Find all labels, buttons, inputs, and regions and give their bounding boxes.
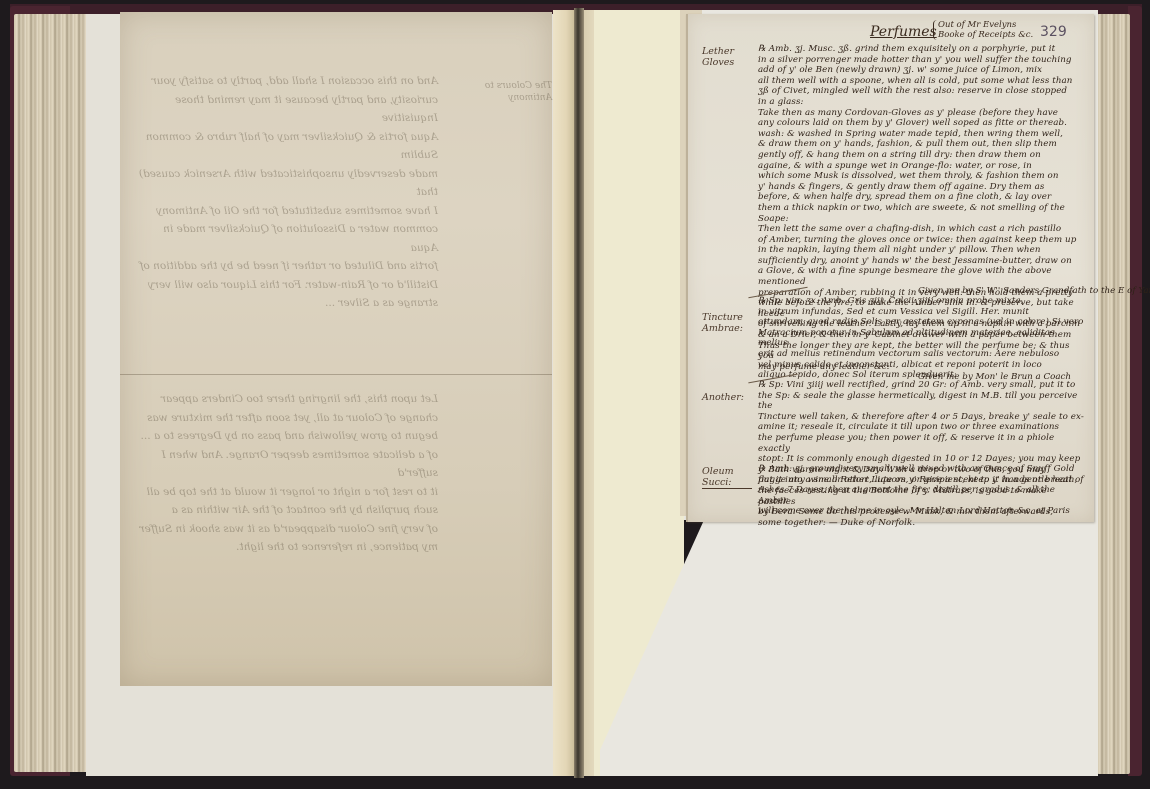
source-note: Out of Mr Evelyns Booke of Receipts &c. (933, 20, 1033, 40)
bleed-through-margin-note: The Colours to Antimony (482, 80, 552, 104)
book-cover-right (1128, 6, 1142, 776)
manuscript-leaf: Perfumes Out of Mr Evelyns Booke of Rece… (686, 14, 1094, 522)
folio-number: 329 (1040, 24, 1067, 40)
recipe-body: ℞ Amb: ʒj. ground very small, well mixed… (758, 464, 1086, 517)
page-edges-left (14, 14, 88, 772)
fold-line (120, 374, 552, 375)
margin-label: Lether Gloves (702, 46, 750, 68)
margin-label: Oleum Succi: (702, 466, 752, 489)
recipe-body: ℞ Sp: vin: ʒx. Amb. Gris ʒiij. Calcii ʒi… (758, 296, 1086, 381)
recipe-attribution: Given me by S' W'' Sanders Grandfath to … (918, 286, 1150, 296)
source-note-line: Out of Mr Evelyns (938, 20, 1033, 30)
gutter-left (553, 10, 575, 776)
bleed-through-text-bottom: Let upon this, the lingring there too Ci… (138, 390, 438, 557)
source-note-line: Booke of Receipts &c. (938, 30, 1033, 40)
gutter-shadow (574, 8, 584, 778)
page-edges-right (1097, 14, 1130, 774)
page-heading: Perfumes (870, 24, 937, 40)
margin-label: Tincture Ambrae: (702, 312, 750, 334)
bleed-through-text-top: And on this occasion I shall add, partly… (138, 72, 438, 313)
left-leaf-verso: And on this occasion I shall add, partly… (120, 12, 552, 686)
margin-label: Another: (702, 392, 750, 403)
